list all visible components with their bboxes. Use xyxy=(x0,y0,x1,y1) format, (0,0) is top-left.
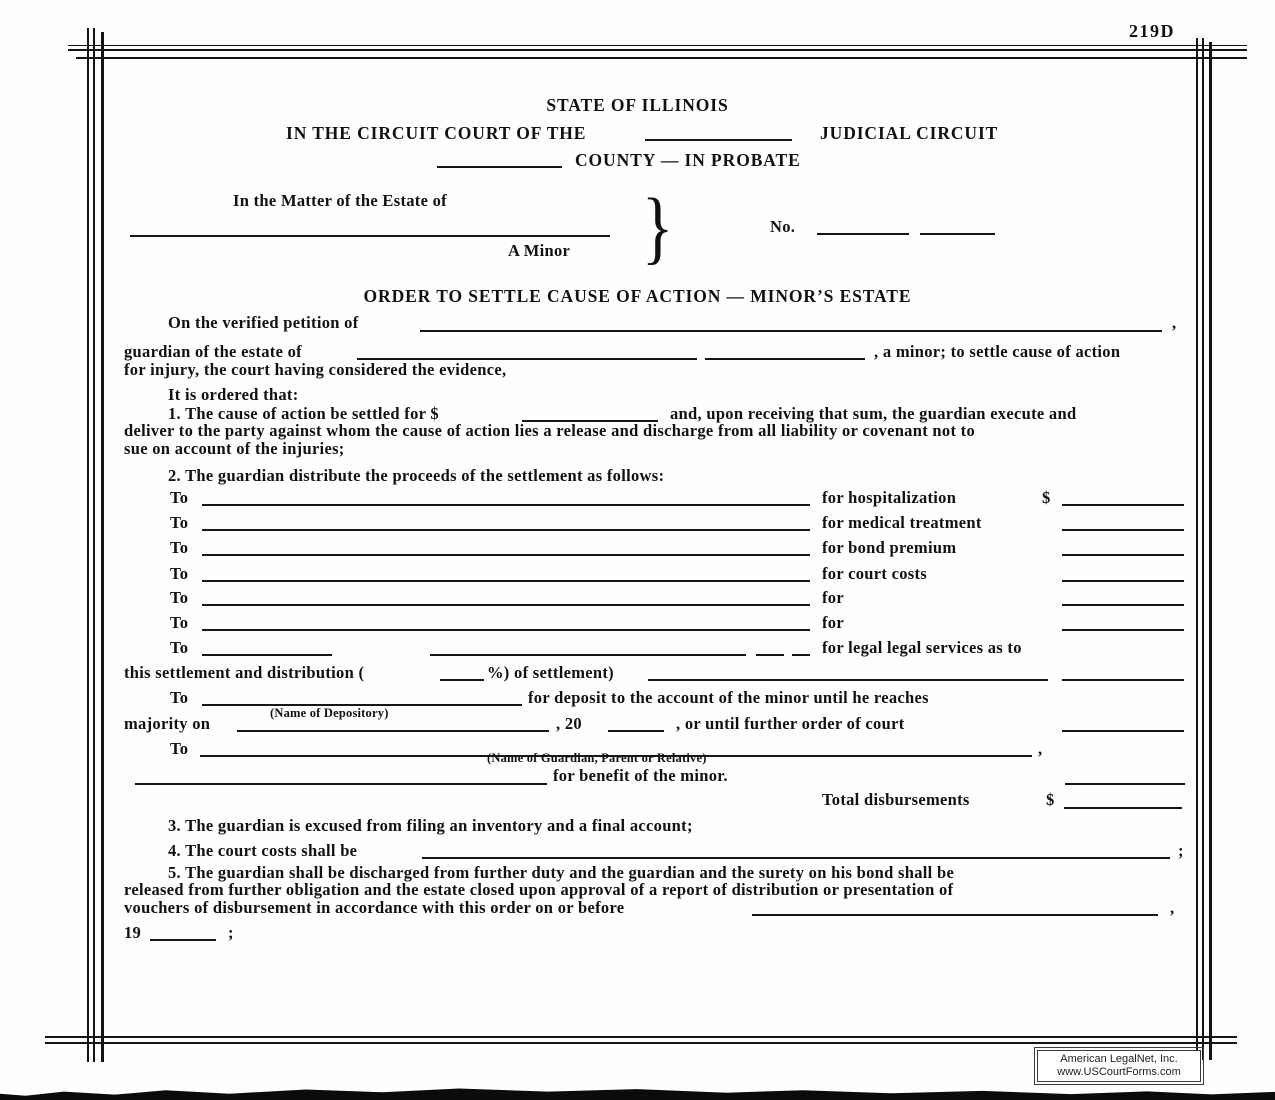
court-costs-blank xyxy=(422,857,1170,859)
to-label: To xyxy=(170,565,188,583)
county-probate-label: COUNTY — IN PROBATE xyxy=(575,151,801,170)
settlement-mid: %) of settlement) xyxy=(487,664,614,682)
payee-blank xyxy=(430,654,746,656)
amount-blank xyxy=(1062,629,1184,631)
majority-prefix: majority on xyxy=(124,715,210,733)
majority-year-blank xyxy=(608,730,664,732)
to-label: To xyxy=(170,614,188,632)
item5-line2: released from further obligation and the… xyxy=(124,881,953,899)
depository-caption: (Name of Depository) xyxy=(270,707,389,721)
petition-line1-prefix: On the verified petition of xyxy=(168,314,359,332)
item5-line3-comma: , xyxy=(1170,899,1174,917)
majority-year-label: , 20 xyxy=(556,715,582,733)
to-label: To xyxy=(170,639,188,657)
amount-blank xyxy=(1062,679,1184,681)
ordered-label: It is ordered that: xyxy=(168,386,299,404)
amount-blank xyxy=(1062,730,1184,732)
payee-blank xyxy=(202,654,332,656)
payee-blank xyxy=(756,654,784,656)
petition-line3: for injury, the court having considered … xyxy=(124,361,506,379)
benefit-blank xyxy=(135,783,547,785)
petitioner-name-blank xyxy=(420,330,1162,332)
amount-blank xyxy=(1065,783,1185,785)
row-purpose-label: for court costs xyxy=(822,565,927,583)
item4-suffix: ; xyxy=(1178,842,1184,860)
border-left-line-2 xyxy=(93,28,95,1062)
year-blank xyxy=(150,939,216,941)
border-top-line-2 xyxy=(68,49,1247,51)
on-or-before-blank xyxy=(752,914,1158,916)
row-purpose-label: for bond premium xyxy=(822,539,956,557)
row-purpose-label: for xyxy=(822,589,844,607)
dollar-sign: $ xyxy=(1046,791,1055,809)
judicial-circuit-blank xyxy=(645,139,792,141)
estate-name-blank xyxy=(130,235,610,237)
minor-name-blank-2 xyxy=(705,358,865,360)
amount-blank xyxy=(1062,529,1184,531)
payee-blank xyxy=(202,604,810,606)
payee-blank xyxy=(202,629,810,631)
row-purpose-label: for hospitalization xyxy=(822,489,956,507)
percentage-blank xyxy=(440,679,484,681)
dollar-sign: $ xyxy=(1042,489,1051,507)
amount-blank xyxy=(1062,554,1184,556)
settlement-payee-blank xyxy=(648,679,1048,681)
total-amount-blank xyxy=(1064,807,1182,809)
border-left-line-1 xyxy=(87,28,89,1062)
payee-blank xyxy=(202,580,810,582)
case-number-blank-2 xyxy=(920,233,995,235)
scanned-form-page: 219D STATE OF ILLINOIS IN THE CIRCUIT CO… xyxy=(0,0,1275,1100)
majority-suffix: , or until further order of court xyxy=(676,715,905,733)
form-title: ORDER TO SETTLE CAUSE OF ACTION — MINOR’… xyxy=(0,287,1275,306)
item3-text: 3. The guardian is excused from filing a… xyxy=(168,817,693,835)
petition-line2-prefix: guardian of the estate of xyxy=(124,343,302,361)
year-prefix: 19 xyxy=(124,924,141,942)
to-label: To xyxy=(170,489,188,507)
item4-prefix: 4. The court costs shall be xyxy=(168,842,357,860)
to-label: To xyxy=(170,539,188,557)
deposit-text: for deposit to the account of the minor … xyxy=(528,689,929,707)
border-right-line-3 xyxy=(1209,42,1212,1060)
petition-line1-comma: , xyxy=(1172,314,1176,332)
border-right-line-2 xyxy=(1202,38,1204,1060)
case-caption-brace: } xyxy=(642,186,673,268)
vendor-stamp: American LegalNet, Inc. www.USCourtForms… xyxy=(1037,1050,1201,1082)
state-heading: STATE OF ILLINOIS xyxy=(0,96,1275,115)
benefit-text: for benefit of the minor. xyxy=(553,767,728,785)
payee-blank xyxy=(202,554,810,556)
border-left-line-3 xyxy=(101,32,104,1062)
county-blank xyxy=(437,166,562,168)
to-label: To xyxy=(170,740,188,758)
border-right-line-1 xyxy=(1196,38,1198,1060)
case-number-blank-1 xyxy=(817,233,909,235)
matter-of-estate-label: In the Matter of the Estate of xyxy=(233,192,447,210)
row-purpose-label: for medical treatment xyxy=(822,514,982,532)
item5-line3-prefix: vouchers of disbursement in accordance w… xyxy=(124,899,624,917)
payee-blank xyxy=(792,654,810,656)
a-minor-label: A Minor xyxy=(508,242,570,260)
to-label: To xyxy=(170,589,188,607)
row-purpose-label: for xyxy=(822,614,844,632)
row-purpose-label: for legal legal services as to xyxy=(822,639,1022,657)
year-semicolon: ; xyxy=(228,924,234,942)
majority-date-blank xyxy=(237,730,549,732)
border-bottom-line-2 xyxy=(45,1042,1237,1044)
petition-line2-suffix: , a minor; to settle cause of action xyxy=(874,343,1120,361)
case-number-label: No. xyxy=(770,218,795,236)
form-number: 219D xyxy=(1129,22,1175,42)
total-disbursements-label: Total disbursements xyxy=(822,791,970,809)
amount-blank xyxy=(1062,604,1184,606)
vendor-url: www.USCourtForms.com xyxy=(1042,1066,1196,1079)
item1-line2: deliver to the party against whom the ca… xyxy=(124,422,975,440)
circuit-court-prefix: IN THE CIRCUIT COURT OF THE xyxy=(286,124,586,143)
item1-line3: sue on account of the injuries; xyxy=(124,440,345,458)
guardian-comma: , xyxy=(1038,740,1042,758)
guardian-caption: (Name of Guardian, Parent or Relative) xyxy=(487,752,707,766)
to-label: To xyxy=(170,689,188,707)
scan-artifact-band xyxy=(0,1086,1275,1100)
judicial-circuit-suffix: JUDICIAL CIRCUIT xyxy=(820,124,998,143)
payee-blank xyxy=(202,529,810,531)
to-label: To xyxy=(170,514,188,532)
item2-heading: 2. The guardian distribute the proceeds … xyxy=(168,467,664,485)
vendor-name: American LegalNet, Inc. xyxy=(1042,1053,1196,1066)
border-top-line-3 xyxy=(76,57,1247,59)
payee-blank xyxy=(202,504,810,506)
settlement-prefix: this settlement and distribution ( xyxy=(124,664,364,682)
border-top-line-1 xyxy=(68,45,1247,46)
amount-blank xyxy=(1062,580,1184,582)
border-bottom-line-1 xyxy=(45,1036,1237,1038)
amount-blank xyxy=(1062,504,1184,506)
